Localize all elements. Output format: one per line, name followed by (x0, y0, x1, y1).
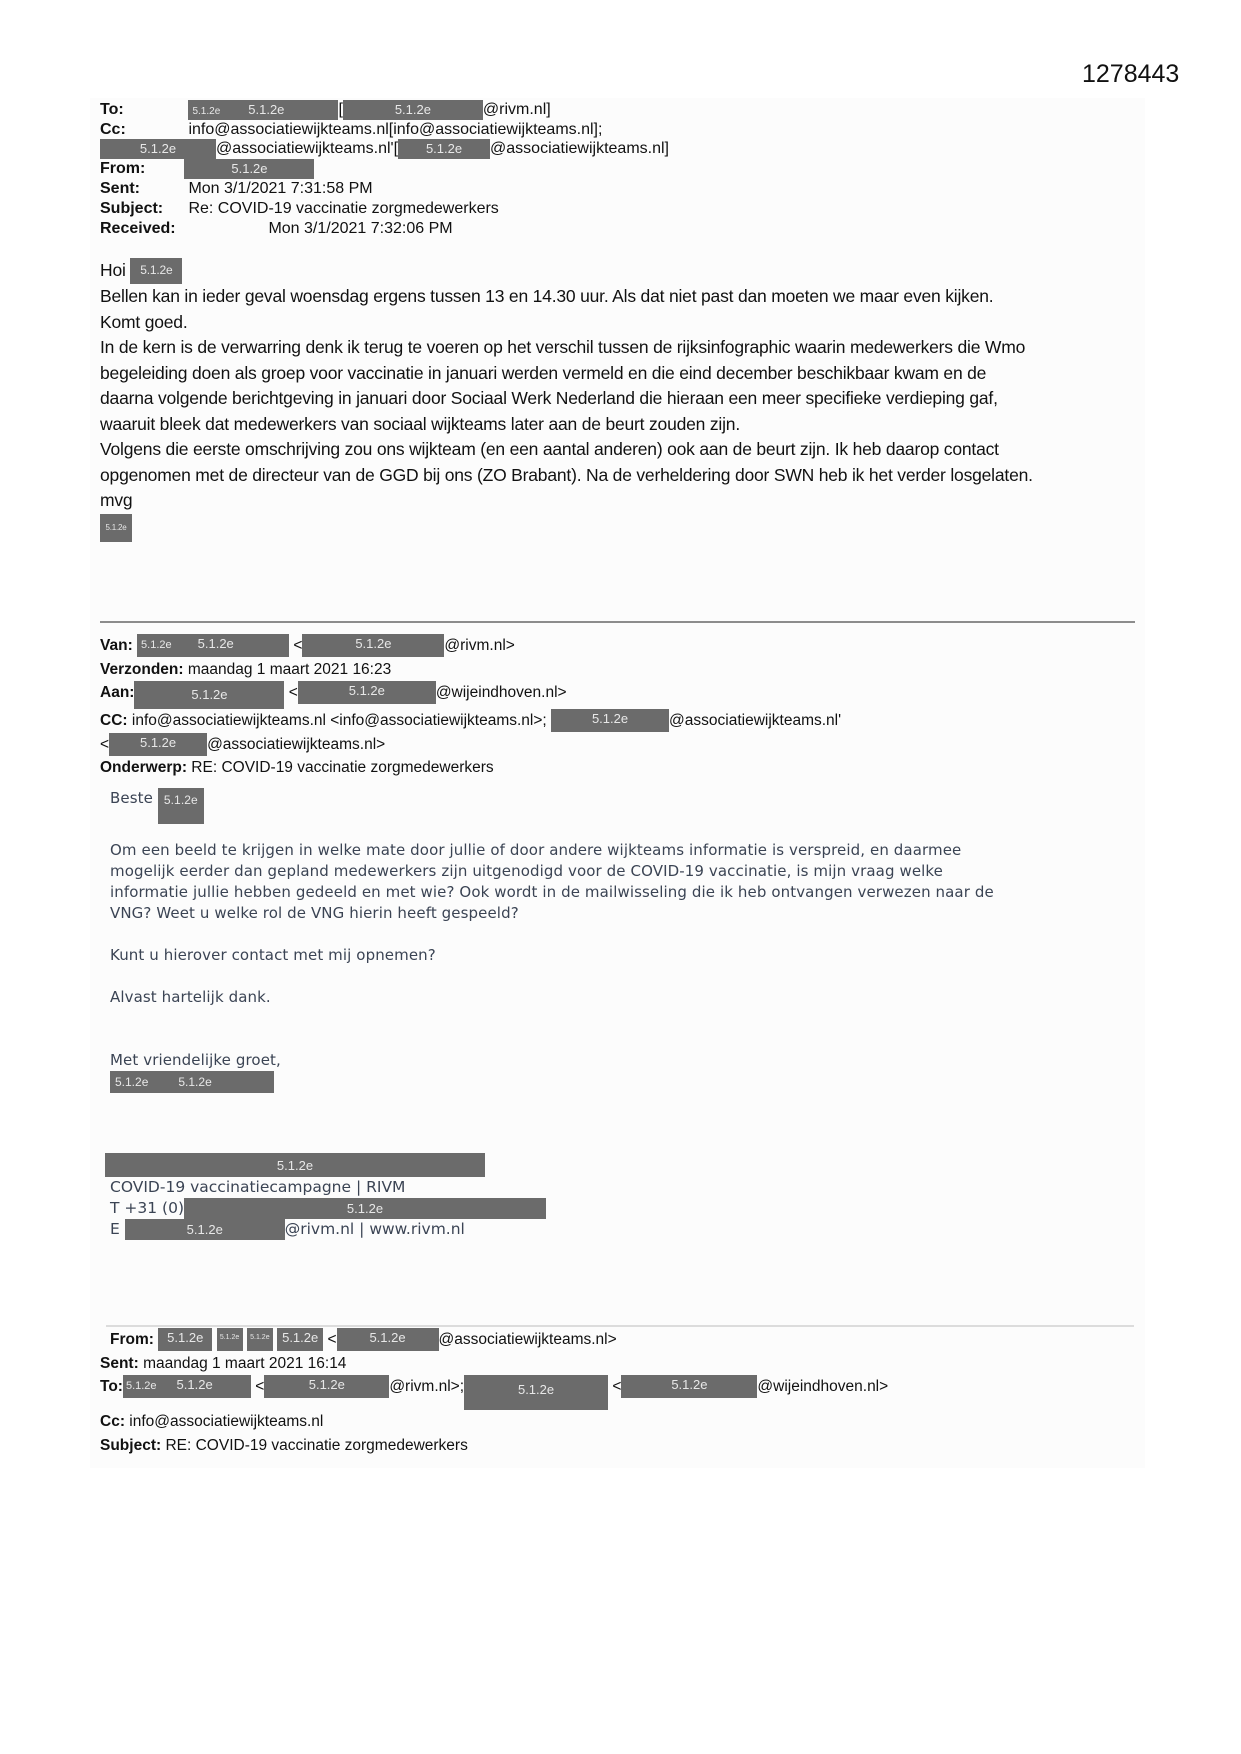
body-line: Volgens die eerste omschrijving zou ons … (100, 437, 1033, 463)
message2-header: Van: 5.1.2e5.1.2e <5.1.2e@rivm.nl> Verzo… (100, 634, 841, 780)
redaction: 5.1.2e (298, 681, 436, 704)
to-row: To: 5.1.2e5.1.2e[5.1.2e@rivm.nl] (100, 100, 551, 120)
cc-row: Cc: info@associatiewijkteams.nl[info@ass… (100, 120, 602, 140)
subject-row: Subject: Re: COVID-19 vaccinatie zorgmed… (100, 199, 499, 219)
to-address-suffix: @rivm.nl] (483, 101, 551, 118)
redaction: 5.1.2e (134, 681, 284, 709)
message2-body: Beste 5.1.2e (110, 788, 204, 824)
van-row: Van: 5.1.2e5.1.2e <5.1.2e@rivm.nl> (100, 634, 841, 658)
closing-line: Met vriendelijke groet, (110, 1050, 281, 1071)
redaction: 5.1.2e (621, 1375, 757, 1398)
sent-label: Sent: (100, 179, 184, 199)
redaction: 5.1.2e5.1.2e (137, 634, 289, 657)
body-line: In de kern is de verwarring denk ik teru… (100, 335, 1033, 361)
body-line: Bellen kan in ieder geval woensdag ergen… (100, 284, 1033, 310)
signature-email: E 5.1.2e@rivm.nl | www.rivm.nl (105, 1219, 546, 1240)
paragraph-line: informatie jullie hebben gedeeld en met … (110, 882, 994, 903)
paragraph-line: VNG? Weet u welke rol de VNG hierin heef… (110, 903, 994, 924)
redaction: 5.1.2e (184, 1198, 546, 1219)
redaction: 5.1.2e (217, 1328, 243, 1351)
redaction: 5.1.2e (337, 1328, 439, 1351)
sent-value: Mon 3/1/2021 7:31:58 PM (188, 180, 372, 197)
body-line: waaruit bleek dat medewerkers van sociaa… (100, 412, 1033, 438)
cc-row-2: 5.1.2e@associatiewijkteams.nl'[5.1.2e@as… (100, 139, 669, 159)
from-row: From: 5.1.2e (100, 159, 314, 179)
paragraph-line: Om een beeld te krijgen in welke mate do… (110, 840, 994, 861)
verzonden-row: Verzonden: maandag 1 maart 2021 16:23 (100, 658, 841, 682)
message3-header: From: 5.1.2e 5.1.2e 5.1.2e 5.1.2e <5.1.2… (100, 1328, 888, 1457)
redaction: 5.1.2e (109, 733, 207, 756)
received-label: Received: (100, 219, 184, 239)
cc-address: @associatiewijkteams.nl] (490, 140, 669, 157)
redaction: 5.1.2e (158, 1328, 212, 1351)
redaction: 5.1.2e (158, 788, 204, 824)
redaction: 5.1.2e5.1.2e (110, 1071, 274, 1093)
question-line: Kunt u hierover contact met mij opnemen? (110, 945, 436, 966)
thanks-line: Alvast hartelijk dank. (110, 987, 271, 1008)
signature: 5.1.2e COVID-19 vaccinatiecampagne | RIV… (105, 1153, 546, 1240)
onderwerp-row: Onderwerp: RE: COVID-19 vaccinatie zorgm… (100, 756, 841, 780)
cc-address: @associatiewijkteams.nl'[ (216, 140, 398, 157)
received-value: Mon 3/1/2021 7:32:06 PM (268, 220, 452, 237)
cc-row-2: <5.1.2e@associatiewijkteams.nl> (100, 733, 841, 757)
aan-row: Aan:5.1.2e <5.1.2e@wijeindhoven.nl> (100, 681, 841, 709)
body-line: daarna volgende berichtgeving in januari… (100, 386, 1033, 412)
message2-paragraph: Om een beeld te krijgen in welke mate do… (110, 840, 994, 924)
redaction: 5.1.2e (302, 634, 444, 657)
cc-value: info@associatiewijkteams.nl[info@associa… (188, 121, 602, 138)
subject-value: Re: COVID-19 vaccinatie zorgmedewerkers (188, 200, 498, 217)
redaction: 5.1.2e (100, 139, 216, 159)
sent-row: Sent: Mon 3/1/2021 7:31:58 PM (100, 179, 373, 199)
redaction: 5.1.2e (130, 258, 182, 284)
separator (100, 621, 1135, 623)
redaction: 5.1.2e (551, 709, 669, 732)
greeting: Beste 5.1.2e (110, 788, 204, 824)
cc-row: CC: info@associatiewijkteams.nl <info@as… (100, 709, 841, 733)
signature-org: COVID-19 vaccinatiecampagne | RIVM (105, 1177, 546, 1198)
received-row: Received: Mon 3/1/2021 7:32:06 PM (100, 219, 453, 239)
redaction: 5.1.2e (247, 1328, 273, 1351)
body-line: opgenomen met de directeur van de GGD bi… (100, 463, 1033, 489)
from-row: From: 5.1.2e 5.1.2e 5.1.2e 5.1.2e <5.1.2… (100, 1328, 888, 1352)
document-id: 1278443 (1082, 60, 1179, 89)
redaction: 5.1.2e (105, 1153, 485, 1177)
redaction: 5.1.2e (464, 1375, 608, 1410)
body-line: Komt goed. (100, 310, 1033, 336)
paragraph-line: mogelijk eerder dan gepland medewerkers … (110, 861, 994, 882)
subject-row: Subject: RE: COVID-19 vaccinatie zorgmed… (100, 1434, 888, 1458)
redaction: 5.1.2e (264, 1375, 389, 1398)
redaction: 5.1.2e5.1.2e (188, 100, 338, 120)
cc-label: Cc: (100, 120, 184, 140)
redaction: 5.1.2e (343, 100, 483, 120)
redaction: 5.1.2e (184, 159, 314, 179)
signer-name: 5.1.2e5.1.2e (110, 1071, 274, 1093)
redaction: 5.1.2e (277, 1328, 323, 1351)
to-label: To: (100, 100, 184, 120)
redaction: 5.1.2e (398, 139, 490, 159)
message1-body: Hoi 5.1.2e Bellen kan in ieder geval woe… (100, 258, 1033, 542)
body-line: mvg (100, 488, 1033, 514)
from-label: From: (100, 159, 184, 179)
separator (106, 1325, 1134, 1327)
to-row: To:5.1.2e5.1.2e <5.1.2e@rivm.nl>;5.1.2e … (100, 1375, 888, 1410)
subject-label: Subject: (100, 199, 184, 219)
signature-phone: T +31 (0)5.1.2e (105, 1198, 546, 1219)
redaction: 5.1.2e (100, 514, 132, 542)
greeting: Hoi 5.1.2e (100, 258, 1033, 284)
body-line: begeleiding doen als groep voor vaccinat… (100, 361, 1033, 387)
redaction: 5.1.2e (125, 1219, 285, 1240)
redaction: 5.1.2e5.1.2e (123, 1375, 251, 1398)
sent-row: Sent: maandag 1 maart 2021 16:14 (100, 1352, 888, 1376)
cc-row: Cc: info@associatiewijkteams.nl (100, 1410, 888, 1434)
